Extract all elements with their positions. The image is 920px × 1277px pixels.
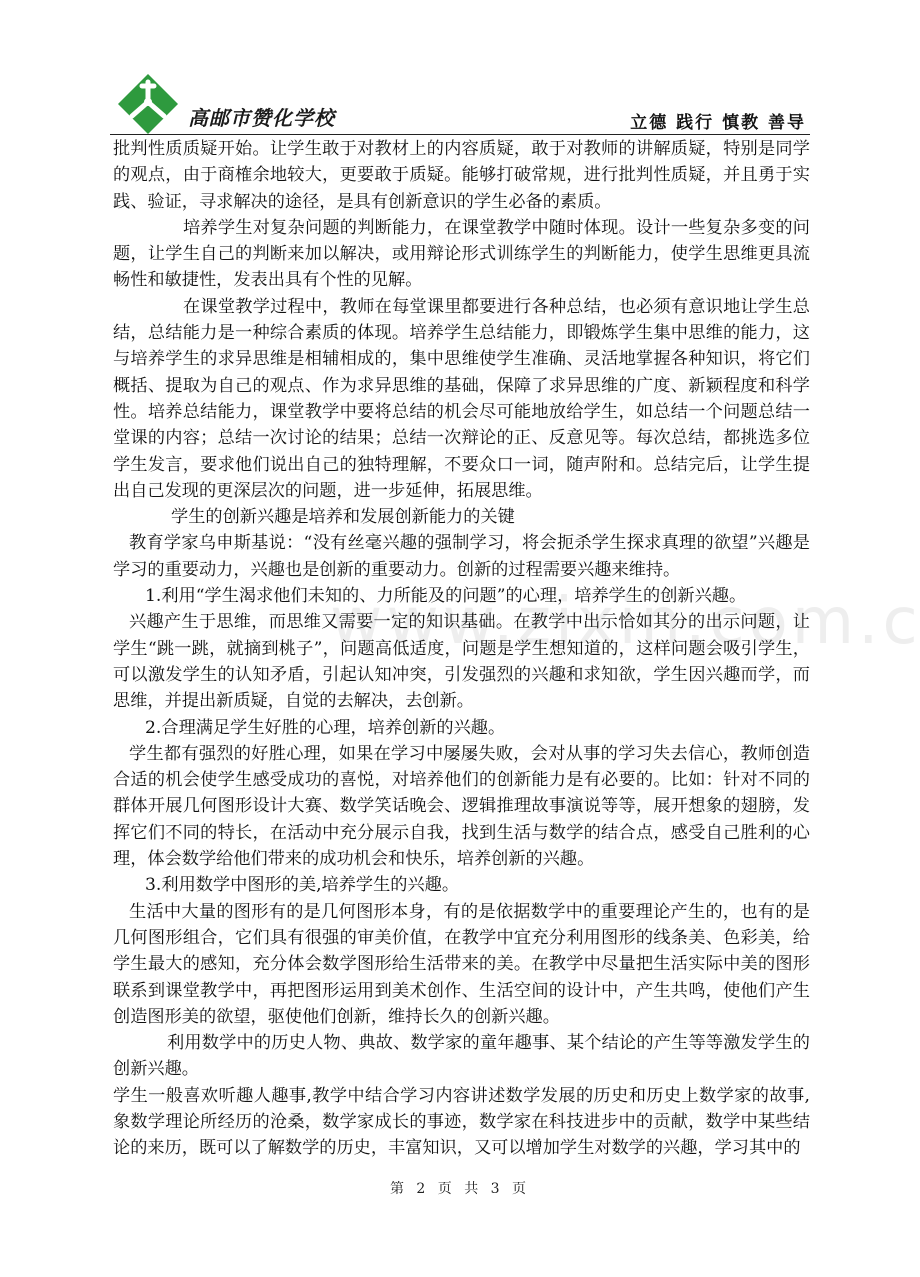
document-body: 批判性质质疑开始。让学生敢于对教材上的内容质疑，敢于对教师的讲解质疑，特别是同学… bbox=[113, 136, 810, 1162]
paragraph: 批判性质质疑开始。让学生敢于对教材上的内容质疑，敢于对教师的讲解质疑，特别是同学… bbox=[113, 136, 810, 215]
school-name: 高邮市赞化学校 bbox=[188, 102, 335, 131]
paragraph: 生活中大量的图形有的是几何图形本身，有的是依据数学中的重要理论产生的，也有的是几… bbox=[113, 899, 810, 1030]
paragraph: 培养学生对复杂问题的判断能力，在课堂教学中随时体现。设计一些复杂多变的问题，让学… bbox=[113, 215, 810, 294]
document-page: www.zixin.com.cn 高邮市赞化学校 立德 践行 慎教 善导 批判性… bbox=[0, 0, 920, 1277]
page-header: 高邮市赞化学校 立德 践行 慎教 善导 bbox=[110, 68, 810, 134]
paragraph: 学生都有强烈的好胜心理，如果在学习中屡屡失败，会对从事的学习失去信心，教师创造合… bbox=[113, 741, 810, 872]
paragraph: 利用数学中的历史人物、典故、数学家的童年趣事、某个结论的产生等等激发学生的创新兴… bbox=[113, 1030, 810, 1083]
numbered-heading: 1.利用“学生渴求他们未知的、力所能及的问题”的心理，培养学生的创新兴趣。 bbox=[113, 583, 810, 609]
page-number: 第 2 页 共 3 页 bbox=[0, 1178, 920, 1198]
numbered-heading: 2.合理满足学生好胜的心理，培养创新的兴趣。 bbox=[113, 715, 810, 741]
paragraph: 在课堂教学过程中，教师在每堂课里都要进行各种总结，也必须有意识地让学生总结，总结… bbox=[113, 294, 810, 504]
school-motto: 立德 践行 慎教 善导 bbox=[630, 108, 806, 133]
section-heading: 学生的创新兴趣是培养和发展创新能力的关键 bbox=[113, 504, 810, 530]
numbered-heading: 3.利用数学中图形的美,培养学生的兴趣。 bbox=[113, 872, 810, 898]
paragraph: 教育学家乌申斯基说：“没有丝毫兴趣的强制学习，将会扼杀学生探求真理的欲望”兴趣是… bbox=[113, 530, 810, 583]
school-logo-icon bbox=[116, 72, 180, 136]
paragraph: 兴趣产生于思维，而思维又需要一定的知识基础。在教学中出示恰如其分的出示问题，让学… bbox=[113, 609, 810, 714]
header-divider bbox=[110, 134, 810, 135]
paragraph: 学生一般喜欢听趣人趣事,教学中结合学习内容讲述数学发展的历史和历史上数学家的故事… bbox=[113, 1083, 810, 1162]
